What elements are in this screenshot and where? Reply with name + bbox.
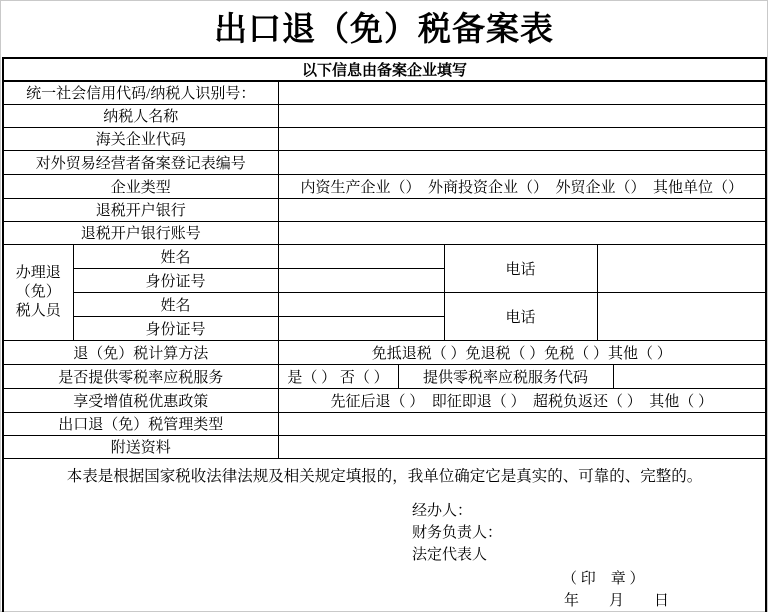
person1-name-value-cell bbox=[278, 244, 444, 268]
credit-code-label: 统一社会信用代码/纳税人识别号： bbox=[3, 81, 278, 104]
refund-bank-label: 退税开户银行 bbox=[3, 198, 278, 221]
person1-id-value-cell bbox=[278, 268, 444, 292]
customs-code-label: 海关企业代码 bbox=[3, 127, 278, 150]
finance-signature-label: 财务负责人： bbox=[412, 521, 502, 542]
customs-code-value-cell bbox=[278, 127, 766, 150]
refund-bank-account-value-cell bbox=[278, 221, 766, 244]
form-title: 出口退（免）税备案表 bbox=[0, 3, 768, 50]
refund-bank-account-label: 退税开户银行账号 bbox=[3, 221, 278, 244]
management-type-label: 出口退（免）税管理类型 bbox=[3, 412, 278, 435]
foreign-trade-reg-label: 对外贸易经营者备案登记表编号 bbox=[3, 150, 278, 174]
zero-rate-code-value-cell bbox=[613, 364, 766, 388]
date-placeholder: 年 月 日 bbox=[564, 589, 669, 610]
calc-method-label: 退（免）税计算方法 bbox=[3, 340, 278, 364]
page: 出口退（免）税备案表 以下信息由备案企业填写 统一社会信用代码/纳税人识别号： … bbox=[0, 0, 768, 612]
refund-bank-value-cell bbox=[278, 198, 766, 221]
person1-id-label: 身份证号 bbox=[73, 268, 278, 292]
legal-rep-signature-label: 法定代表人 bbox=[412, 543, 487, 564]
taxpayer-name-label: 纳税人名称 bbox=[3, 104, 278, 127]
taxpayer-name-value-cell bbox=[278, 104, 766, 127]
person2-id-value-cell bbox=[278, 316, 444, 340]
zero-rate-yes-no-options: 是（ ） 否（ ） bbox=[278, 364, 398, 388]
person2-phone-value-cell bbox=[597, 292, 766, 340]
agent-signature-label: 经办人： bbox=[412, 499, 472, 520]
section-header: 以下信息由备案企业填写 bbox=[3, 58, 766, 81]
enterprise-type-options: 内资生产企业（） 外商投资企业（） 外贸企业（） 其他单位（） bbox=[278, 174, 766, 198]
person1-phone-label: 电话 bbox=[444, 244, 597, 292]
zero-rate-code-label: 提供零税率应税服务代码 bbox=[398, 364, 613, 388]
enterprise-type-label: 企业类型 bbox=[3, 174, 278, 198]
form-table: 以下信息由备案企业填写 统一社会信用代码/纳税人识别号： 纳税人名称 海关企业代… bbox=[2, 57, 767, 612]
attachments-label: 附送资料 bbox=[3, 435, 278, 458]
credit-code-value-cell bbox=[278, 81, 766, 104]
person2-name-label: 姓名 bbox=[73, 292, 278, 316]
person1-name-label: 姓名 bbox=[73, 244, 278, 268]
declaration-signature-cell: 本表是根据国家税收法律法规及相关规定填报的，我单位确定它是真实的、可靠的、完整的… bbox=[3, 458, 766, 612]
person2-name-value-cell bbox=[278, 292, 444, 316]
vat-policy-options: 先征后退（ ） 即征即退（ ） 超税负返还（ ） 其他（ ） bbox=[278, 388, 766, 412]
zero-rate-service-label: 是否提供零税率应税服务 bbox=[3, 364, 278, 388]
management-type-value-cell bbox=[278, 412, 766, 435]
person2-id-label: 身份证号 bbox=[73, 316, 278, 340]
person2-phone-label: 电话 bbox=[444, 292, 597, 340]
vat-policy-label: 享受增值税优惠政策 bbox=[3, 388, 278, 412]
calc-method-options: 免抵退税（ ）免退税（ ）免税（ ）其他（ ） bbox=[278, 340, 766, 364]
declaration-text: 本表是根据国家税收法律法规及相关规定填报的，我单位确定它是真实的、可靠的、完整的… bbox=[4, 459, 765, 486]
seal-placeholder: （ 印 章 ） bbox=[562, 567, 645, 588]
foreign-trade-reg-value-cell bbox=[278, 150, 766, 174]
attachments-value-cell bbox=[278, 435, 766, 458]
person1-phone-value-cell bbox=[597, 244, 766, 292]
handlers-group-label: 办理退 （免） 税人员 bbox=[3, 244, 73, 340]
